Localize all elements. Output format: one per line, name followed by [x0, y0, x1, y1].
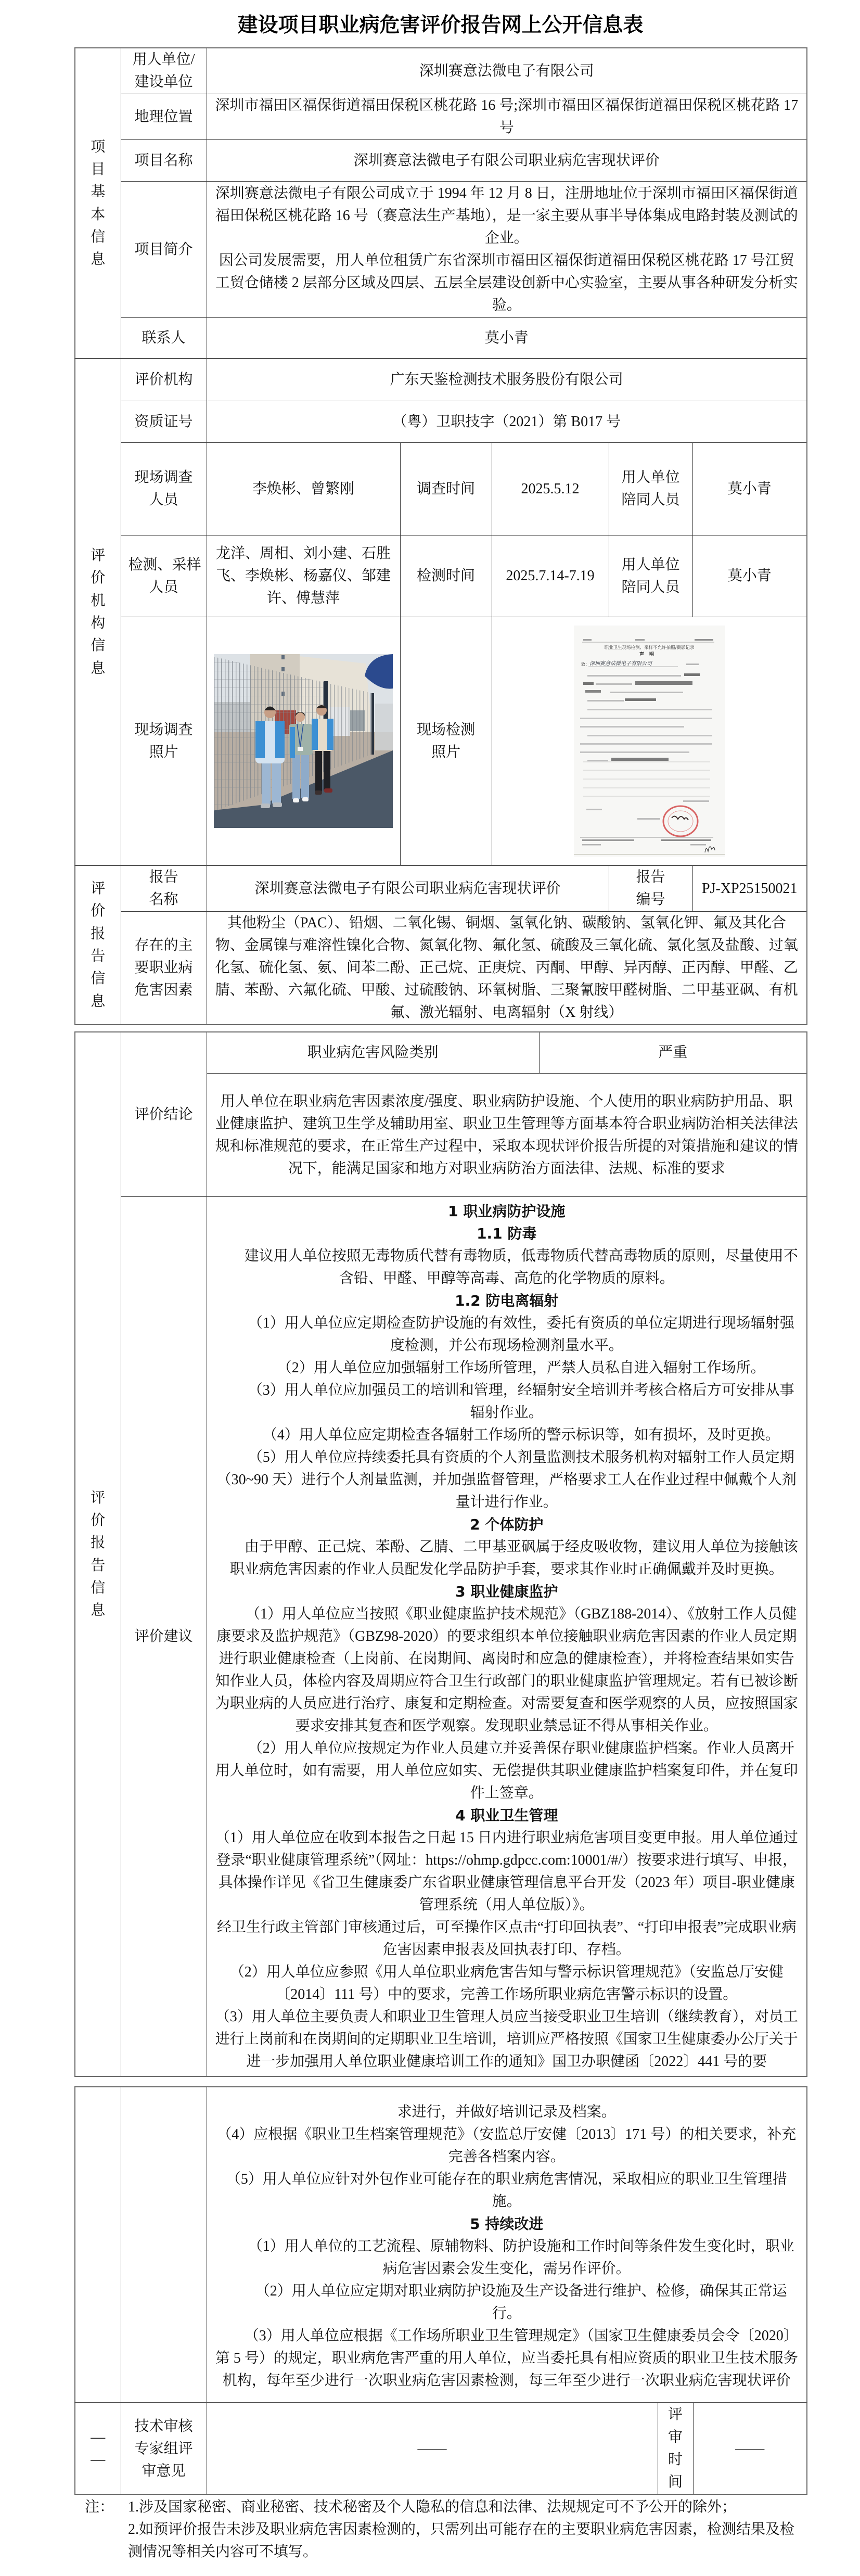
label-expert-review: 技术审核 专家组评 审意见	[121, 2403, 207, 2494]
row-report-name: 评价报告信息 报告 名称 深圳赛意法微电子有限公司职业病危害现状评价 报告 编号…	[75, 865, 807, 911]
label-qualification: 资质证号	[121, 401, 207, 442]
advice-paragraph: 由于甲醇、正己烷、苯酚、乙腈、二甲基亚砜属于经皮吸收物，建议用人单位为接触该职业…	[214, 1536, 800, 1580]
advice-paragraph: 1.1 防毒	[214, 1222, 800, 1245]
row-risk-category: 评价报告信息 评价结论 职业病危害风险类别 严重	[75, 1032, 807, 1073]
advice-paragraph: （1）用人单位应在收到本报告之日起 15 日内进行职业病危害项目变更申报。用人单…	[214, 1827, 800, 1916]
info-table-segment-2: 评价报告信息 评价结论 职业病危害风险类别 严重 用人单位在职业病危害因素浓度/…	[74, 1031, 807, 2077]
label-survey-escort: 用人单位 陪同人员	[609, 442, 692, 535]
document-addressee-prefix: 致：	[581, 661, 589, 667]
section-label-empty	[75, 2087, 121, 2403]
advice-paragraph: 经卫生行政主管部门审核通过后，可至操作区点击“打印回执表”、“打印申报表”完成职…	[214, 1916, 800, 1961]
document-heading: 声明	[639, 651, 659, 657]
value-survey-time: 2025.5.12	[492, 442, 609, 535]
row-hazards: 存在的主 要职业病 危害因素 其他粉尘（PAC）、铅烟、二氧化锡、铜烟、氢氧化钠…	[75, 911, 807, 1025]
row-qualification: 资质证号 （粤）卫职技字（2021）第 B017 号	[75, 401, 807, 442]
value-risk-category: 严重	[539, 1032, 807, 1073]
value-location: 深圳市福田区福保街道福田保税区桃花路 16 号;深圳市福田区福保街道福田保税区桃…	[207, 94, 807, 139]
row-employer: 项目基本信息 用人单位/ 建设单位 深圳赛意法微电子有限公司	[75, 48, 807, 94]
label-empty	[121, 2087, 207, 2403]
label-advice: 评价建议	[121, 1196, 207, 2076]
value-advice-page-1: 1 职业病防护设施 1.1 防毒 建议用人单位按照无毒物质代替有毒物质，低毒物质…	[207, 1196, 807, 2076]
label-hazards: 存在的主 要职业病 危害因素	[121, 911, 207, 1025]
advice-paragraph: （1）用人单位应定期检查防护设施的有效性，委托有资质的单位定期进行现场辐射强度检…	[214, 1312, 800, 1357]
row-contact: 联系人 莫小青	[75, 317, 807, 359]
notes-label: 注：	[85, 2496, 114, 2518]
section-label-project-info: 项目基本信息	[75, 48, 121, 359]
note-item: 2.如预评价报告未涉及职业病危害因素检测的，只需列出可能存在的主要职业病危害因素…	[128, 2518, 800, 2563]
advice-paragraph: （2）用人单位应定期对职业病防护设施及生产设备进行维护、检修，确保其正常运行。	[214, 2280, 800, 2325]
value-employer: 深圳赛意法微电子有限公司	[207, 48, 807, 94]
advice-paragraph: （5）用人单位应针对外包作业可能存在的职业病危害情况，采取相应的职业卫生管理措施…	[214, 2168, 800, 2213]
row-advice-continued: 求进行，并做好培训记录及档案。 （4）应根据《职业卫生档案管理规范》（安监总厅安…	[75, 2087, 807, 2403]
document-header-title: 职业卫生现场检测、采样不允许拍照/摄影记录	[604, 645, 694, 651]
label-sampling-escort: 用人单位 陪同人员	[609, 535, 692, 617]
advice-paragraph: （4）用人单位应定期检查各辐射工作场所的警示标识等，如有损坏，及时更换。	[214, 1424, 800, 1446]
advice-paragraph: 建议用人单位按照无毒物质代替有毒物质，低毒物质代替高毒物质的原则，尽量使用不含铅…	[214, 1245, 800, 1290]
value-conclusion: 用人单位在职业病危害因素浓度/强度、职业病防护设施、个人使用的职业病防护用品、职…	[207, 1073, 807, 1196]
page-title: 建设项目职业病危害评价报告网上公开信息表	[74, 14, 806, 37]
info-table-segment-3: 求进行，并做好培训记录及档案。 （4）应根据《职业卫生档案管理规范》（安监总厅安…	[74, 2086, 807, 2495]
note-item: 1.涉及国家秘密、商业秘密、技术秘密及个人隐私的信息和法律、法规规定可不予公开的…	[128, 2496, 800, 2518]
value-hazards: 其他粉尘（PAC）、铅烟、二氧化锡、铜烟、氢氧化钠、碳酸钠、氢氧化钾、氟及其化合…	[207, 911, 807, 1025]
advice-paragraph: （2）用人单位应按规定为作业人员建立并妥善保存职业健康监护档案。作业人员离开用人…	[214, 1737, 800, 1804]
value-contact: 莫小青	[207, 317, 807, 359]
value-project-summary: 深圳赛意法微电子有限公司成立于 1994 年 12 月 8 日，注册地址位于深圳…	[207, 181, 807, 317]
row-photos: 现场调查 照片	[75, 617, 807, 865]
label-project-name: 项目名称	[121, 139, 207, 181]
label-review-time: 评审时间	[658, 2403, 693, 2494]
label-evaluation-org: 评价机构	[121, 359, 207, 401]
label-sampling-time: 检测时间	[400, 535, 492, 617]
advice-paragraph: （3）用人单位主要负责人和职业卫生管理人员应当接受职业卫生培训（继续教育），对员…	[214, 2006, 800, 2073]
advice-paragraph: 1 职业病防护设施	[214, 1200, 800, 1222]
section-label-text: 评价报告信息	[91, 1487, 105, 1622]
value-expert-review: ——	[207, 2403, 658, 2494]
survey-photo	[214, 654, 393, 828]
advice-paragraph: （3）用人单位应根据《工作场所职业卫生管理规定》（国家卫生健康委员会令〔2020…	[214, 2325, 800, 2392]
label-site-survey-staff: 现场调查 人员	[121, 442, 207, 535]
advice-paragraph: （2）用人单位应加强辐射工作场所管理，严禁人员私自进入辐射工作场所。	[214, 1357, 800, 1379]
label-employer: 用人单位/ 建设单位	[121, 48, 207, 94]
info-table-segment-1: 项目基本信息 用人单位/ 建设单位 深圳赛意法微电子有限公司 地理位置 深圳市福…	[74, 47, 807, 1025]
value-report-name: 深圳赛意法微电子有限公司职业病危害现状评价	[207, 865, 609, 911]
label-report-name: 报告 名称	[121, 865, 207, 911]
row-project-name: 项目名称 深圳赛意法微电子有限公司职业病危害现状评价	[75, 139, 807, 181]
row-project-summary: 项目简介 深圳赛意法微电子有限公司成立于 1994 年 12 月 8 日，注册地…	[75, 181, 807, 317]
advice-paragraph: （5）用人单位应持续委托具有资质的个人剂量监测技术服务机构对辐射工作人员定期（3…	[214, 1446, 800, 1513]
section-label-text: 评价报告信息	[91, 877, 105, 1013]
section-label-evaluation-report: 评价报告信息	[75, 865, 121, 1025]
label-risk-category: 职业病危害风险类别	[207, 1032, 539, 1073]
label-contact: 联系人	[121, 317, 207, 359]
section-label-text: 评价机构信息	[91, 544, 105, 680]
section-label-evaluation-report-cont: 评价报告信息	[75, 1032, 121, 2076]
survey-photo-cell	[207, 617, 400, 865]
row-expert-review: —— 技术审核 专家组评 审意见 —— 评审时间 ——	[75, 2403, 807, 2494]
value-evaluation-org: 广东天鉴检测技术服务股份有限公司	[207, 359, 807, 401]
review-section-dash: ——	[91, 2426, 105, 2471]
review-time-label-text: 评审时间	[668, 2403, 683, 2493]
label-conclusion: 评价结论	[121, 1032, 207, 1196]
row-site-survey: 现场调查 人员 李焕彬、曾繁刚 调查时间 2025.5.12 用人单位 陪同人员…	[75, 442, 807, 535]
detection-photo: 职业卫生现场检测、采样不允许拍照/摄影记录 声明 致： 深圳赛意法微电子有限公司	[574, 626, 725, 857]
section-label-review: ——	[75, 2403, 121, 2494]
row-evaluation-org: 评价机构信息 评价机构 广东天鉴检测技术服务股份有限公司	[75, 359, 807, 401]
label-survey-photo: 现场调查 照片	[121, 617, 207, 865]
label-sampling-staff: 检测、采样 人员	[121, 535, 207, 617]
advice-paragraph: 求进行，并做好培训记录及档案。	[214, 2101, 800, 2123]
value-site-survey-staff: 李焕彬、曾繁刚	[207, 442, 400, 535]
row-advice: 评价建议 1 职业病防护设施 1.1 防毒 建议用人单位按照无毒物质代替有毒物质…	[75, 1196, 807, 2076]
advice-paragraph: 4 职业卫生管理	[214, 1804, 800, 1827]
detection-photo-cell: 职业卫生现场检测、采样不允许拍照/摄影记录 声明 致： 深圳赛意法微电子有限公司	[492, 617, 807, 865]
row-location: 地理位置 深圳市福田区福保街道福田保税区桃花路 16 号;深圳市福田区福保街道福…	[75, 94, 807, 139]
advice-paragraph: 5 持续改进	[214, 2213, 800, 2235]
value-review-time: ——	[693, 2403, 807, 2494]
document-addressee: 深圳赛意法微电子有限公司	[589, 660, 653, 667]
label-survey-time: 调查时间	[400, 442, 492, 535]
summary-paragraph: 深圳赛意法微电子有限公司成立于 1994 年 12 月 8 日，注册地址位于深圳…	[214, 182, 800, 249]
summary-paragraph: 因公司发展需要，用人单位租赁广东省深圳市福田区福保街道福田保税区桃花路 17 号…	[214, 249, 800, 316]
label-project-summary: 项目简介	[121, 181, 207, 317]
disclosure-form-page: 建设项目职业病危害评价报告网上公开信息表 项目基本信息 用人单位/ 建设单位 深…	[0, 0, 860, 2576]
value-report-number: PJ-XP25150021	[692, 865, 807, 911]
label-report-number: 报告 编号	[609, 865, 692, 911]
value-sampling-escort: 莫小青	[692, 535, 807, 617]
advice-paragraph: 1.2 防电离辐射	[214, 1290, 800, 1312]
value-project-name: 深圳赛意法微电子有限公司职业病危害现状评价	[207, 139, 807, 181]
advice-paragraph: （3）用人单位应加强员工的培训和管理，经辐射安全培训并考核合格后方可安排从事辐射…	[214, 1379, 800, 1424]
advice-paragraph: （2）用人单位应参照《用人单位职业病危害告知与警示标识管理规范》（安监总厅安健〔…	[214, 1961, 800, 2006]
value-survey-escort: 莫小青	[692, 442, 807, 535]
value-sampling-staff: 龙洋、周相、刘小建、石胜飞、李焕彬、杨嘉仪、邹建许、傅慧萍	[207, 535, 400, 617]
section-label-text: 项目基本信息	[91, 136, 105, 271]
label-location: 地理位置	[121, 94, 207, 139]
advice-paragraph: 3 职业健康监护	[214, 1580, 800, 1603]
value-qualification: （粤）卫职技字（2021）第 B017 号	[207, 401, 807, 442]
section-label-evaluation-org: 评价机构信息	[75, 359, 121, 865]
notes-list: 1.涉及国家秘密、商业秘密、技术秘密及个人隐私的信息和法律、法规规定可不予公开的…	[128, 2496, 800, 2563]
value-advice-page-2: 求进行，并做好培训记录及档案。 （4）应根据《职业卫生档案管理规范》（安监总厅安…	[207, 2087, 807, 2403]
row-sampling: 检测、采样 人员 龙洋、周相、刘小建、石胜飞、李焕彬、杨嘉仪、邹建许、傅慧萍 检…	[75, 535, 807, 617]
label-detection-photo: 现场检测 照片	[400, 617, 492, 865]
value-sampling-time: 2025.7.14-7.19	[492, 535, 609, 617]
advice-paragraph: （1）用人单位应当按照《职业健康监护技术规范》（GBZ188-2014）、《放射…	[214, 1603, 800, 1737]
advice-paragraph: （1）用人单位的工艺流程、原辅物料、防护设施和工作时间等条件发生变化时，职业病危…	[214, 2235, 800, 2280]
advice-paragraph: （4）应根据《职业卫生档案管理规范》（安监总厅安健〔2013〕171 号）的相关…	[214, 2123, 800, 2168]
advice-paragraph: 2 个体防护	[214, 1513, 800, 1536]
